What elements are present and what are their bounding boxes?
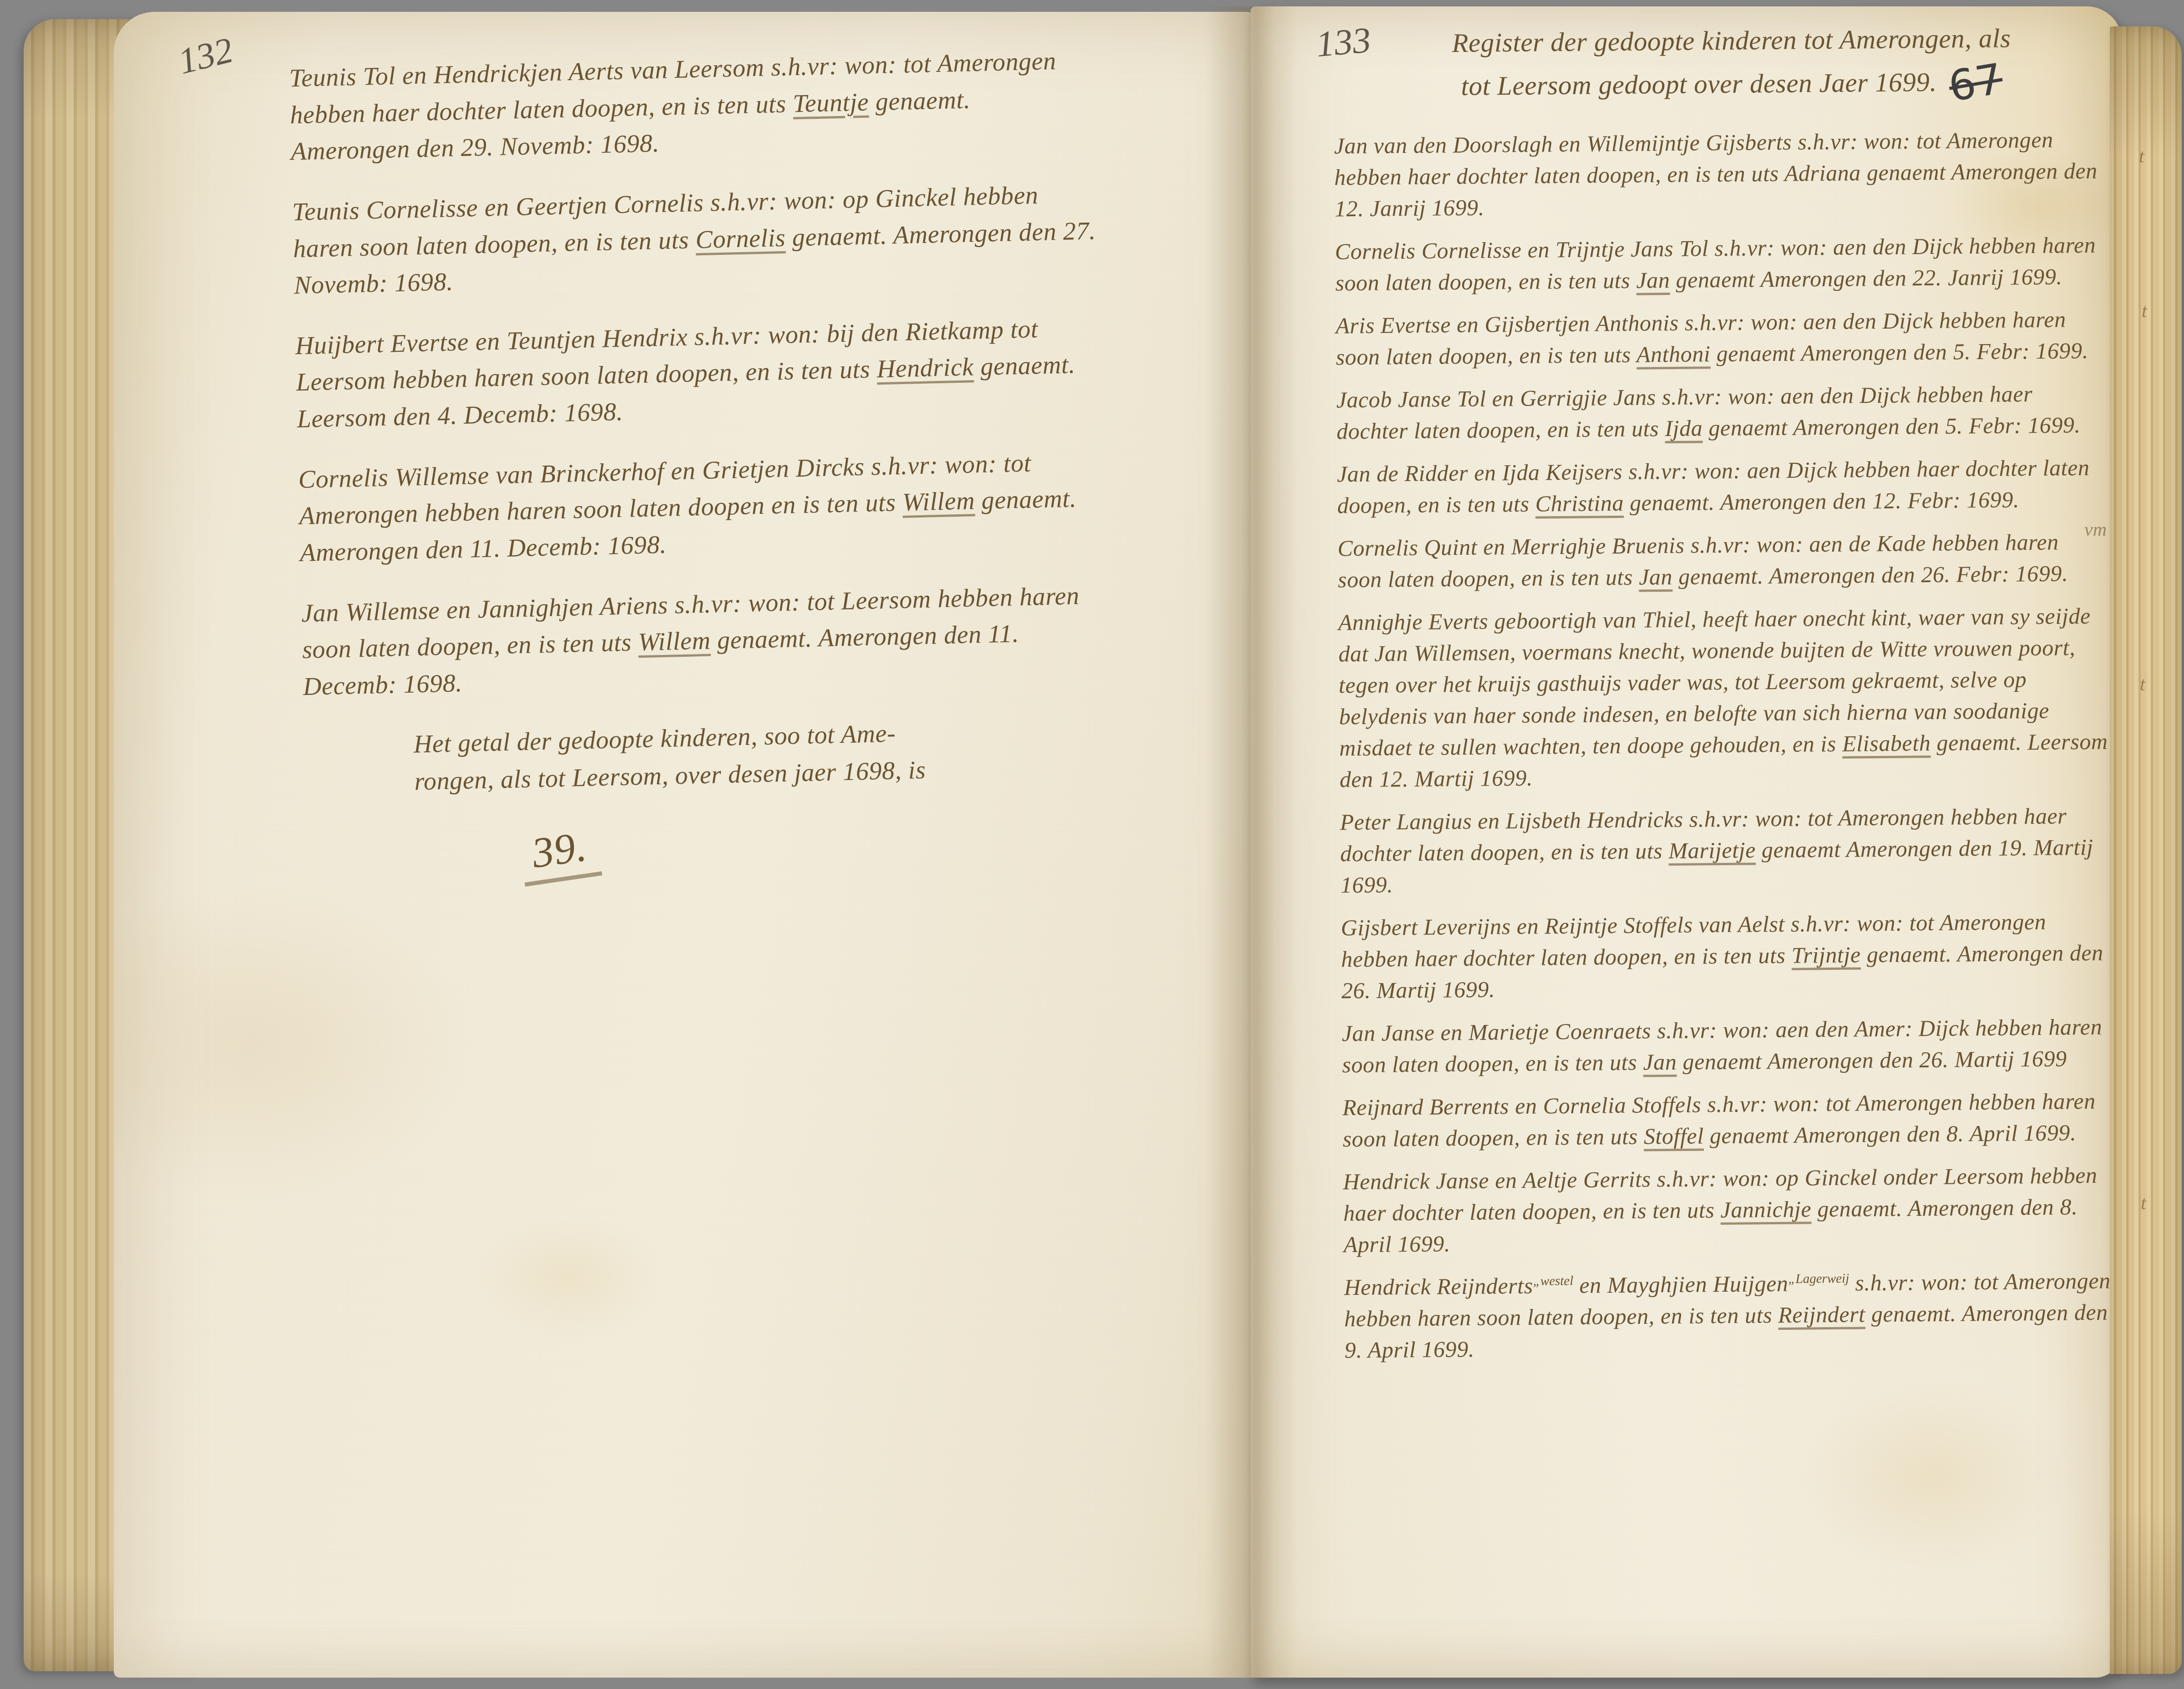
entry-text: genaemt Amerongen den 5. Febr: 1699.: [1710, 338, 2088, 366]
register-title-line-2-text: tot Leersom gedoopt over desen Jaer 1699…: [1461, 66, 1937, 101]
child-name: Anthoni: [1637, 341, 1711, 367]
register-entry: Annighje Everts geboortigh van Thiel, he…: [1338, 600, 2109, 796]
interlinear-insertion: „Lagerweij: [1788, 1271, 1849, 1286]
child-name: Cornelis: [695, 223, 786, 254]
child-name: Teuntje: [792, 88, 869, 118]
register-entry: Teunis Cornelisse en Geertjen Cornelis s…: [292, 176, 1100, 304]
entry-text: genaemt Amerongen den 5. Febr: 1699.: [1703, 412, 2081, 441]
child-name: Christina: [1535, 490, 1624, 517]
entry-text: en Mayghjien Huijgen: [1573, 1271, 1789, 1298]
interlinear-insertion: „westel: [1533, 1274, 1573, 1289]
child-name: Hendrick: [877, 353, 974, 384]
entry-text: genaemt Amerongen den 26. Martij 1699: [1677, 1046, 2067, 1075]
child-name: Jan: [1643, 1049, 1677, 1075]
edge-mark: vm: [2084, 519, 2107, 541]
left-page-text: Teunis Tol en Hendrickjen Aerts van Leer…: [289, 42, 1113, 887]
register-entry: Peter Langius en Lijsbeth Hendricks s.h.…: [1340, 800, 2110, 901]
entry-text: genaemt. Amerongen den 26. Febr: 1699.: [1672, 561, 2068, 590]
child-name: Reijndert: [1778, 1302, 1865, 1328]
register-entry: Jan Willemse en Jannighjen Ariens s.h.vr…: [301, 577, 1109, 705]
register-entry: Cornelis Willemse van Brinckerhof en Gri…: [298, 443, 1106, 572]
entry-text: Hendrick Reijnderts: [1344, 1273, 1533, 1300]
entry-list-left: Teunis Tol en Hendrickjen Aerts van Leer…: [289, 42, 1109, 705]
manuscript-scan: 132 Teunis Tol en Hendrickjen Aerts van …: [0, 0, 2184, 1689]
edge-mark: t: [2139, 146, 2144, 167]
register-entry: Reijnard Berrents en Cornelia Stoffels s…: [1343, 1085, 2112, 1155]
register-entry: Teunis Tol en Hendrickjen Aerts van Leer…: [289, 42, 1097, 170]
child-name: Stoffel: [1644, 1123, 1704, 1149]
edge-mark: t: [2142, 300, 2147, 322]
entry-text: Jan van den Doorslagh en Willemijntje Gi…: [1334, 127, 2098, 222]
child-name: Willem: [638, 627, 711, 657]
child-name: Ijda: [1665, 416, 1703, 441]
page-edge-stack-right: [2110, 26, 2182, 1674]
child-name: Elisabeth: [1842, 730, 1931, 756]
child-name: Trijntje: [1791, 942, 1861, 968]
register-entry: Cornelis Cornelisse en Trijntje Jans Tol…: [1335, 229, 2104, 299]
register-entry: Hendrick Janse en Aeltje Gerrits s.h.vr:…: [1343, 1160, 2113, 1261]
register-entry: Jan van den Doorslagh en Willemijntje Gi…: [1334, 124, 2104, 225]
register-entry: Jan de Ridder en Ijda Keijsers s.h.vr: w…: [1337, 452, 2106, 522]
register-title: Register der gedoopte kinderen tot Amero…: [1360, 20, 2103, 115]
register-entry: Jan Janse en Marietje Coenraets s.h.vr: …: [1342, 1011, 2111, 1081]
register-entry: Cornelis Quint en Merrighje Bruenis s.h.…: [1338, 526, 2107, 596]
child-name: Jannichje: [1720, 1197, 1811, 1223]
child-name: Marijetje: [1668, 837, 1756, 864]
child-name: Willem: [902, 487, 975, 517]
register-entry: Gijsbert Leverijns en Reijntje Stoffels …: [1341, 906, 2111, 1007]
child-name: Jan: [1636, 267, 1670, 293]
edge-mark: t: [2141, 1192, 2146, 1214]
annual-total: 39.: [517, 820, 602, 886]
entry-text: genaemt Amerongen den 8. April 1699.: [1704, 1120, 2077, 1149]
register-title-line-2: tot Leersom gedoopt over desen Jaer 1699…: [1361, 55, 2103, 115]
register-entry: Huijbert Evertse en Teuntjen Hendrix s.h…: [295, 309, 1103, 438]
entry-list-right: Jan van den Doorslagh en Willemijntje Gi…: [1334, 124, 2114, 1366]
book-gutter: [1206, 6, 1297, 1678]
entry-text: genaemt Amerongen den 22. Janrij 1699.: [1670, 264, 2062, 293]
register-entry: Hendrick Reijnderts„westel en Mayghjien …: [1344, 1265, 2114, 1366]
register-entry: Aris Evertse en Gijsbertjen Anthonis s.h…: [1336, 304, 2105, 373]
edge-mark: t: [2140, 674, 2145, 695]
right-page-text: Register der gedoopte kinderen tot Amero…: [1333, 20, 2114, 1378]
crossed-out-folio-number: 67: [1945, 52, 2007, 114]
annual-summary: Het getal der gedoopte kinderen, soo tot…: [413, 710, 1111, 800]
register-entry: Jacob Janse Tol en Gerrigjie Jans s.h.vr…: [1336, 378, 2106, 447]
child-name: Jan: [1639, 564, 1672, 590]
entry-text: genaemt. Amerongen den 12. Febr: 1699.: [1624, 487, 2020, 516]
